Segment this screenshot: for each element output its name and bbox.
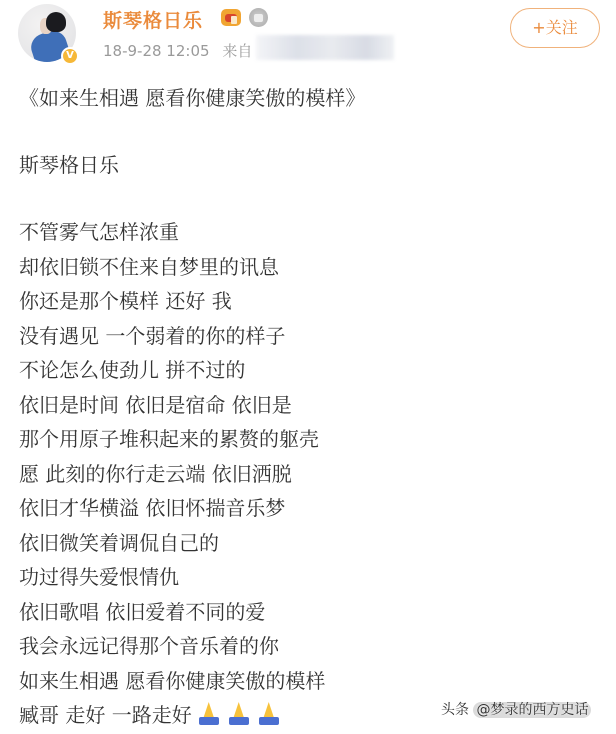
lyric-line: 功过得失爱恨情仇 — [19, 560, 599, 595]
follow-button[interactable]: +关注 — [510, 8, 600, 48]
watermark: 头条 @梦录的西方史话 — [441, 699, 591, 719]
watermark-prefix: 头条 — [441, 702, 473, 718]
username[interactable]: 斯琴格日乐 — [103, 6, 203, 33]
post-title: 《如来生相遇 愿看你健康笑傲的模样》 — [19, 83, 599, 113]
lyric-line: 没有遇见 一个弱着的你的样子 — [19, 319, 599, 354]
blurred-source-label — [256, 35, 394, 60]
lyric-line: 你还是那个模样 还好 我 — [19, 284, 599, 319]
lyric-line: 依旧才华横溢 依旧怀揣音乐梦 — [19, 491, 599, 526]
post-meta: 18-9-28 12:05 来自 — [103, 40, 252, 61]
lyric-line: 我会永远记得那个音乐着的你 — [19, 629, 599, 664]
lyric-line: 依旧歌唱 依旧爱着不同的爱 — [19, 595, 599, 630]
lyric-line: 那个用原子堆积起来的累赘的躯壳 — [19, 422, 599, 457]
lyric-text: 臧哥 走好 一路走好 — [19, 703, 192, 727]
pray-emoji-icon — [226, 700, 252, 726]
source-prefix: 来自 — [222, 42, 252, 60]
lyric-line: 如来生相遇 愿看你健康笑傲的模样 — [19, 664, 599, 699]
post-author: 斯琴格日乐 — [19, 150, 599, 180]
timestamp: 18-9-28 12:05 — [103, 42, 210, 60]
watermark-handle: @梦录的西方史话 — [473, 702, 591, 718]
post-header: V 斯琴格日乐 18-9-28 12:05 来自 +关注 — [0, 0, 616, 72]
verified-icon: V — [61, 47, 79, 65]
lyric-line: 依旧是时间 依旧是宿命 依旧是 — [19, 388, 599, 423]
lyric-line: 依旧微笑着调侃自己的 — [19, 526, 599, 561]
lyric-line: 不管雾气怎样浓重 — [19, 215, 599, 250]
post-body: 《如来生相遇 愿看你健康笑傲的模样》 斯琴格日乐 不管雾气怎样浓重 却依旧锁不住… — [19, 83, 599, 733]
medal-icon[interactable] — [249, 8, 268, 27]
lyric-line: 愿 此刻的你行走云端 依旧洒脱 — [19, 457, 599, 492]
pray-emoji-icon — [196, 700, 222, 726]
crown-icon[interactable] — [221, 9, 241, 26]
lyric-line: 不论怎么使劲儿 拼不过的 — [19, 353, 599, 388]
pray-emoji-icon — [256, 700, 282, 726]
lyric-line: 却依旧锁不住来自梦里的讯息 — [19, 250, 599, 285]
avatar-figure-hair — [46, 12, 66, 32]
